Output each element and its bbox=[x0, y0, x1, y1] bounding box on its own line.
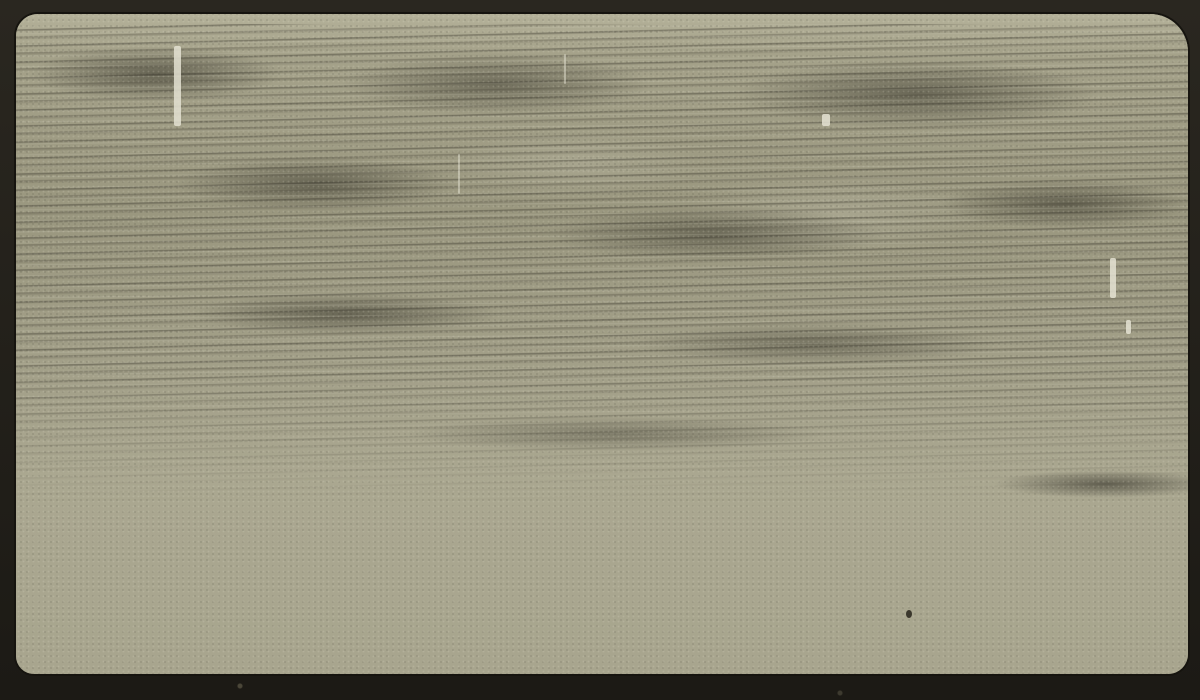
light-scratch-mark bbox=[458, 154, 460, 194]
light-scratch-mark bbox=[1126, 320, 1131, 334]
light-scratch-mark bbox=[564, 54, 566, 84]
light-scratch-mark bbox=[822, 114, 830, 126]
surface-grain bbox=[16, 14, 1188, 674]
light-scratch-mark bbox=[1110, 258, 1116, 298]
dark-speck bbox=[906, 610, 912, 618]
scratched-surface bbox=[16, 14, 1188, 674]
light-scratch-mark bbox=[174, 46, 181, 126]
photo-frame bbox=[0, 0, 1200, 700]
